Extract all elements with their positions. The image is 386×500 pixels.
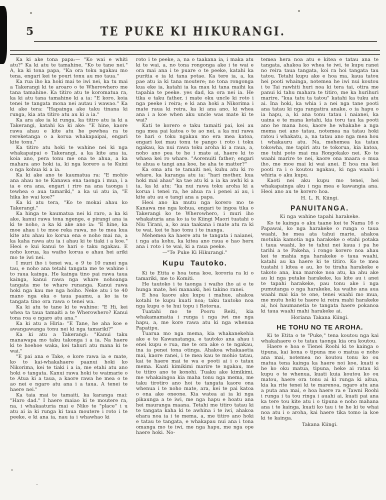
- signature-hlr-kiingi: H. L. R. Kiingi.: [261, 196, 379, 202]
- paragraph: E hoa kaore aku kupu i mahue, ahakoa kot…: [136, 293, 254, 310]
- header-rule: [34, 41, 377, 42]
- article-heading-he-tohu-no-te-aroha: HE TOHU NO TE AROHA.: [261, 324, 379, 332]
- paragraph: Haere e hoa e Tienei Roohi ki te kainga …: [261, 344, 379, 421]
- closing-citation: —"Te Puke Ki Hikurangi.": [136, 250, 254, 256]
- paragraph: Ki te Etita o te "Puke," tena koutou nga…: [261, 333, 379, 344]
- paragraph: Ka ki ake tona papa:— "Ko wai e whiti at…: [10, 57, 128, 79]
- paragraph: Ka ara ake ia ki runga, ka titiro atu ia…: [10, 118, 128, 146]
- paragraph: He tautoko i te taonga i waiho iho ai e …: [136, 282, 254, 293]
- paragraph: Tuatahi mo te Pooru Reiti, kia whakamama…: [136, 309, 254, 331]
- paragraph: Kaoti nei aku kupu mo tenei, hei whakapa…: [261, 178, 379, 195]
- paragraph: Ka ki atu te tane ki te wahine: "E Hi, k…: [10, 305, 128, 322]
- article-subheading: Ki nga wahine tapahi harakeke.: [261, 214, 379, 220]
- paragraph: Ka ki atu a Takerangi: "Kanui taku manaw…: [10, 332, 128, 354]
- scan-speck: [30, 12, 32, 14]
- paragraph: Ka oma atu te tamaiti nei, kuhu atu ki r…: [136, 167, 254, 200]
- paragraph: Ki te Etita e hoa tena koe, kororia ra k…: [136, 271, 254, 282]
- paragraph: "E pai ana e Take, e kore rawa ia e mate…: [10, 354, 128, 393]
- column-right-text: temea hera noa atu e kitea e tatau ana t…: [261, 57, 379, 428]
- signature-horiana-takana-kiingi: Horiana Takana Kiingi.: [261, 315, 379, 321]
- paragraph: I muri iho i tenei wa, e 9 te 10 ranei n…: [10, 261, 128, 305]
- scan-speck: [298, 10, 300, 12]
- signature-takana-kiingi: Takana Kiingi.: [261, 422, 379, 428]
- paragraph: Kati te korero e taku tamaiti pai, kei a…: [136, 123, 254, 167]
- paragraph: Heoi ano ka mutu nga korero mo te Kanawa…: [136, 200, 254, 233]
- paragraph: Ka titiro atu hoki te wahine nei ki nga …: [10, 145, 128, 173]
- header-double-rule: [10, 50, 380, 55]
- column-middle: roto i te peeke, a, na o taakana ia, i m…: [136, 57, 254, 497]
- paragraph: Ka ki atu tera, "Ko te mokai ahau ko Tak…: [10, 200, 128, 211]
- article-heading-kupu-tautoko: Kupu Tautoko.: [136, 259, 254, 268]
- article-columns: Ka ki ake tona papa:— "Ko wai e whiti at…: [10, 57, 379, 497]
- paragraph: temea hera noa atu e kitea e tatau ana t…: [261, 57, 379, 178]
- paragraph: roto i te peeke, a, na o taakana ia, i m…: [136, 57, 254, 123]
- column-right: temea hera noa atu e kitea e tatau ana t…: [261, 57, 379, 497]
- paragraph: Ka hinga te kaumatua nei ki raro, a ka k…: [10, 211, 128, 261]
- column-middle-text: roto i te peeke, a, na o taakana ia, i m…: [136, 57, 254, 436]
- article-heading-panuitanga: PANUITANGA.: [261, 204, 379, 212]
- paragraph: Tuarua mo nga mema, kia whakanekehia ake…: [136, 331, 254, 436]
- paragraph: Mehemea ka haere atu te tangata i naiane…: [136, 233, 254, 250]
- paragraph: Ka ki atu a Hiria: "E Tane, he aha koe e…: [10, 321, 128, 332]
- column-left-text: Ka ki ake tona papa:— "Ko wai e whiti at…: [10, 57, 128, 420]
- paragraph: Ka rua iho ka hoki mai te iwi nei, ka tu…: [10, 79, 128, 118]
- paragraph: Ko te kainga o aku taane kei te Nama 16 …: [261, 221, 379, 315]
- paragraph: Ka taia mai te tamaiti, ka karanga mai: …: [10, 393, 128, 421]
- column-left: Ka ki ake tona papa:— "Ko wai e whiti at…: [10, 57, 128, 497]
- paragraph: Ka ki ake ano te kaumatua ra: "E mohio a…: [10, 173, 128, 201]
- masthead-title: TE PUKE KI HIKURANGI.: [0, 25, 386, 38]
